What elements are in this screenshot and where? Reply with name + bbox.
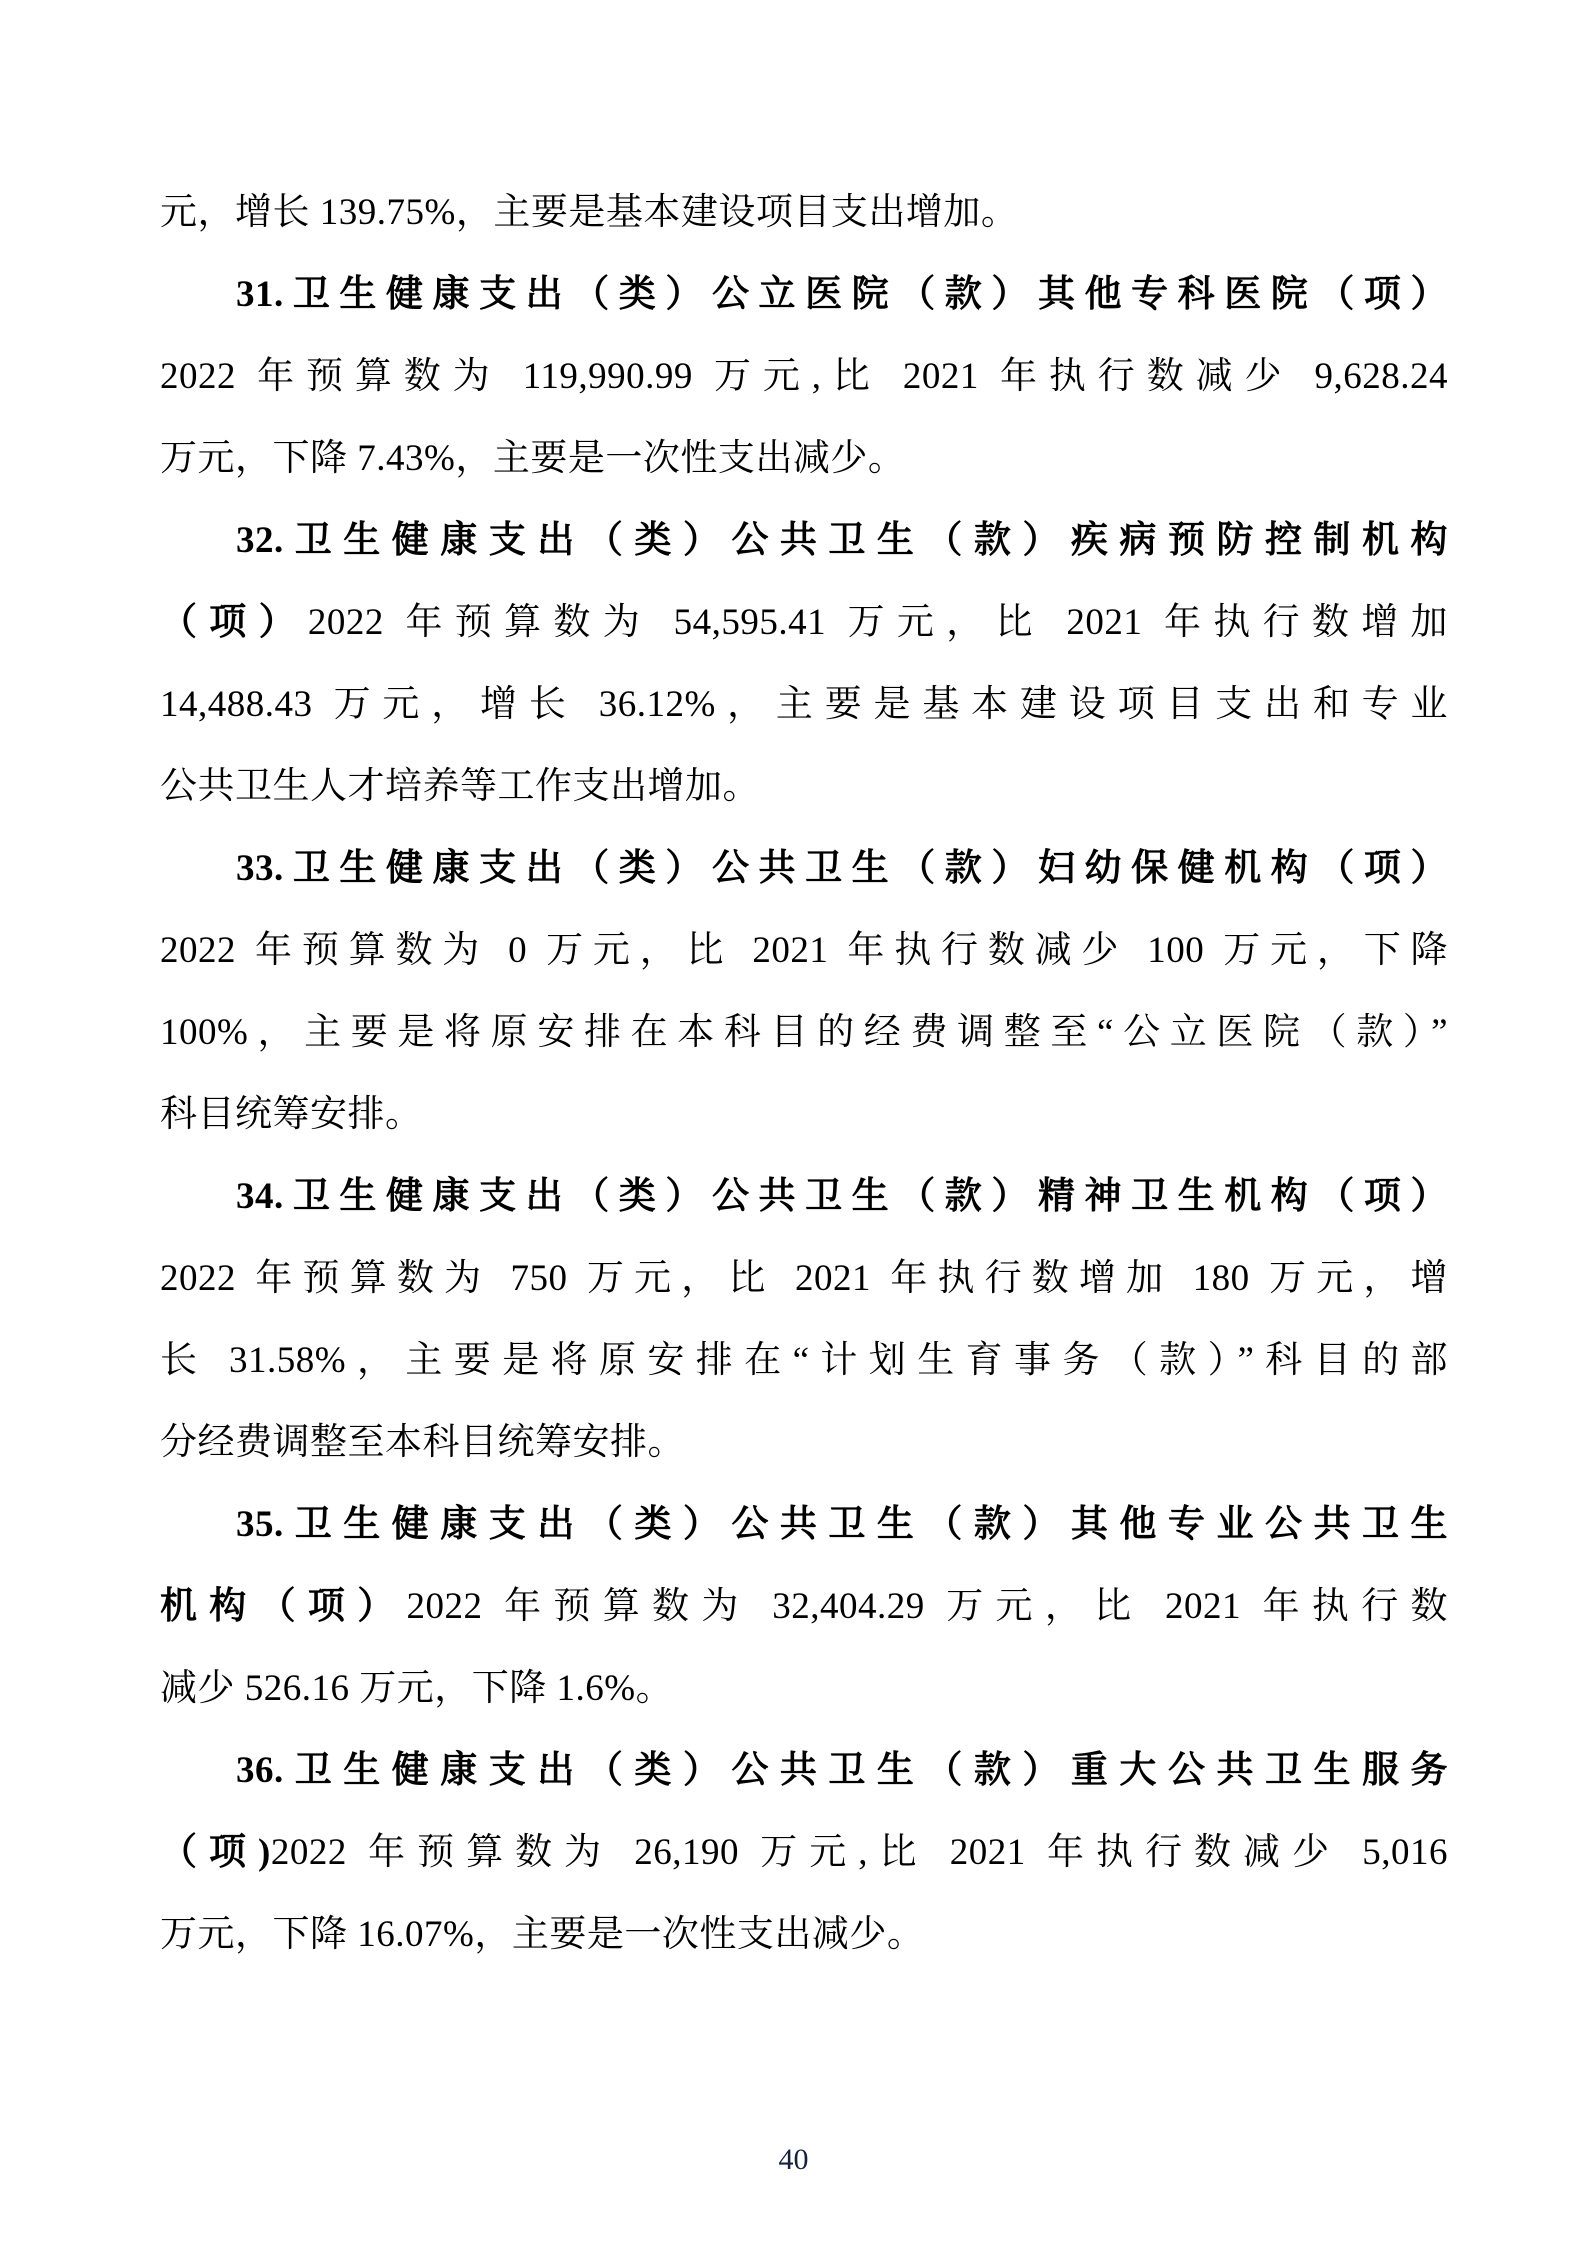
- text-line-bold-segment: （项）: [160, 602, 308, 643]
- text-line-regular-segment: 2022 年预算数为 119,990.99 万元,比 2021 年执行数减少 9…: [160, 356, 1448, 397]
- text-line-regular-segment: 万元，下降 7.43%，主要是一次性支出减少。: [160, 438, 905, 479]
- text-line-10: 100%，主要是将原安排在本科目的经费调整至“公立医院（款）”: [160, 992, 1448, 1074]
- text-line-bold-segment: 36.卫生健康支出（类）公共卫生（款）重大公共卫生服务: [236, 1750, 1448, 1791]
- text-line-3: 万元，下降 7.43%，主要是一次性支出减少。: [160, 418, 1448, 500]
- text-line-19: 36.卫生健康支出（类）公共卫生（款）重大公共卫生服务: [160, 1730, 1448, 1812]
- text-line-bold-segment: 33.卫生健康支出（类）公共卫生（款）妇幼保健机构（项）: [236, 848, 1448, 889]
- text-line-regular-segment: 分经费调整至本科目统筹安排。: [160, 1422, 685, 1463]
- text-line-6: 14,488.43 万元，增长 36.12%，主要是基本建设项目支出和专业: [160, 664, 1448, 746]
- text-line-0: 元，增长 139.75%，主要是基本建设项目支出增加。: [160, 172, 1448, 254]
- text-line-regular-segment: 2022 年预算数为 0 万元，比 2021 年执行数减少 100 万元，下降: [160, 930, 1448, 971]
- document-body: 元，增长 139.75%，主要是基本建设项目支出增加。31.卫生健康支出（类）公…: [160, 172, 1448, 1976]
- text-line-12: 34.卫生健康支出（类）公共卫生（款）精神卫生机构（项）: [160, 1156, 1448, 1238]
- text-line-regular-segment: 科目统筹安排。: [160, 1094, 423, 1135]
- text-line-regular-segment: 2022 年预算数为 750 万元，比 2021 年执行数增加 180 万元，增: [160, 1258, 1448, 1299]
- text-line-regular-segment: 长 31.58%，主要是将原安排在“计划生育事务（款）”科目的部: [160, 1340, 1448, 1381]
- text-line-regular-segment: 2022 年预算数为 26,190 万元,比 2021 年执行数减少 5,016: [271, 1832, 1448, 1873]
- text-line-regular-segment: 2022 年预算数为 32,404.29 万元，比 2021 年执行数: [407, 1586, 1448, 1627]
- text-line-15: 分经费调整至本科目统筹安排。: [160, 1402, 1448, 1484]
- text-line-bold-segment: （项): [160, 1832, 271, 1873]
- text-line-14: 长 31.58%，主要是将原安排在“计划生育事务（款）”科目的部: [160, 1320, 1448, 1402]
- text-line-regular-segment: 14,488.43 万元，增长 36.12%，主要是基本建设项目支出和专业: [160, 684, 1448, 725]
- text-line-20: （项)2022 年预算数为 26,190 万元,比 2021 年执行数减少 5,…: [160, 1812, 1448, 1894]
- text-line-17: 机构（项）2022 年预算数为 32,404.29 万元，比 2021 年执行数: [160, 1566, 1448, 1648]
- text-line-regular-segment: 元，增长 139.75%，主要是基本建设项目支出增加。: [160, 192, 1018, 233]
- text-line-9: 2022 年预算数为 0 万元，比 2021 年执行数减少 100 万元，下降: [160, 910, 1448, 992]
- text-line-13: 2022 年预算数为 750 万元，比 2021 年执行数增加 180 万元，增: [160, 1238, 1448, 1320]
- text-line-11: 科目统筹安排。: [160, 1074, 1448, 1156]
- text-line-regular-segment: 2022 年预算数为 54,595.41 万元，比 2021 年执行数增加: [308, 602, 1448, 643]
- text-line-bold-segment: 31.卫生健康支出（类）公立医院（款）其他专科医院（项）: [236, 274, 1448, 315]
- text-line-bold-segment: 机构（项）: [160, 1586, 407, 1627]
- text-line-7: 公共卫生人才培养等工作支出增加。: [160, 746, 1448, 828]
- text-line-2: 2022 年预算数为 119,990.99 万元,比 2021 年执行数减少 9…: [160, 336, 1448, 418]
- text-line-regular-segment: 公共卫生人才培养等工作支出增加。: [160, 766, 760, 807]
- text-line-regular-segment: 100%，主要是将原安排在本科目的经费调整至“公立医院（款）”: [160, 1012, 1448, 1053]
- text-line-regular-segment: 减少 526.16 万元，下降 1.6%。: [160, 1668, 673, 1709]
- page-number: 40: [0, 2140, 1587, 2180]
- text-line-16: 35.卫生健康支出（类）公共卫生（款）其他专业公共卫生: [160, 1484, 1448, 1566]
- text-line-regular-segment: 万元，下降 16.07%，主要是一次性支出减少。: [160, 1914, 924, 1955]
- text-line-5: （项）2022 年预算数为 54,595.41 万元，比 2021 年执行数增加: [160, 582, 1448, 664]
- text-line-bold-segment: 35.卫生健康支出（类）公共卫生（款）其他专业公共卫生: [236, 1504, 1448, 1545]
- text-line-1: 31.卫生健康支出（类）公立医院（款）其他专科医院（项）: [160, 254, 1448, 336]
- text-line-21: 万元，下降 16.07%，主要是一次性支出减少。: [160, 1894, 1448, 1976]
- text-line-bold-segment: 34.卫生健康支出（类）公共卫生（款）精神卫生机构（项）: [236, 1176, 1448, 1217]
- text-line-18: 减少 526.16 万元，下降 1.6%。: [160, 1648, 1448, 1730]
- text-line-8: 33.卫生健康支出（类）公共卫生（款）妇幼保健机构（项）: [160, 828, 1448, 910]
- text-line-4: 32.卫生健康支出（类）公共卫生（款）疾病预防控制机构: [160, 500, 1448, 582]
- document-page: 元，增长 139.75%，主要是基本建设项目支出增加。31.卫生健康支出（类）公…: [0, 0, 1587, 2245]
- text-line-bold-segment: 32.卫生健康支出（类）公共卫生（款）疾病预防控制机构: [236, 520, 1448, 561]
